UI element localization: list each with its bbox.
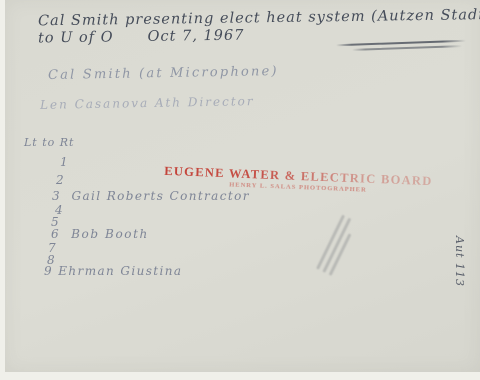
list-num: 2 (56, 173, 64, 187)
list-num: 1 (60, 155, 68, 169)
caption-recipient: to U of O (38, 29, 114, 46)
list-name: Gail Roberts Contractor (71, 189, 249, 203)
caption-date: Oct 7, 1967 (147, 28, 244, 45)
list-num: 9 (44, 264, 53, 278)
list-name: Bob Booth (71, 227, 149, 241)
list-name: Ehrman Giustina (58, 264, 182, 278)
list-num: 6 (51, 227, 60, 241)
archive-number-note: Aut 113 (453, 236, 466, 287)
list-num: 3 (52, 189, 61, 203)
list-row: 3 Gail Roberts Contractor (52, 189, 250, 203)
list-header: Lt to Rt (24, 136, 74, 149)
list-row: 1 (60, 155, 68, 169)
caption-line-2: to U of OOct 7, 1967 (38, 28, 245, 47)
photo-back-scan: Cal Smith presenting elect heat system (… (0, 0, 480, 380)
list-row: 9 Ehrman Giustina (44, 264, 182, 278)
list-row: 6 Bob Booth (51, 227, 149, 241)
list-row: 2 (56, 173, 64, 187)
